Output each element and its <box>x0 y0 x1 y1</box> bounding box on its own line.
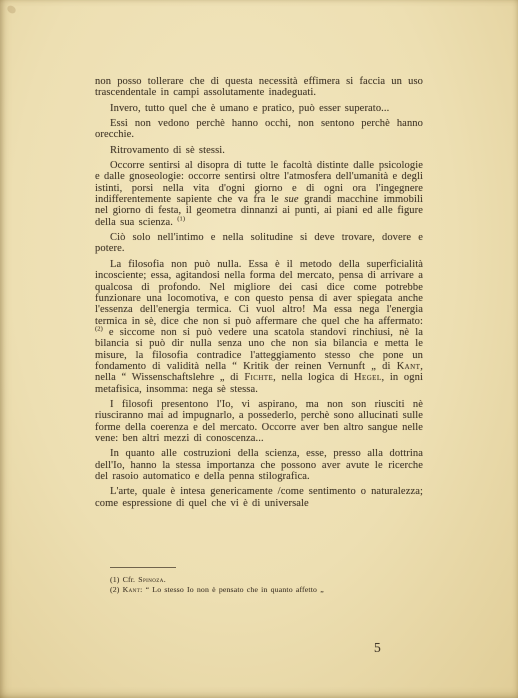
text-segment: (1) Cfr. <box>110 575 138 584</box>
text-segment: I filosofi presentono l'Io, vi aspirano,… <box>95 399 423 444</box>
text-segment: (1) <box>177 215 185 222</box>
text-segment: Kant <box>123 585 141 594</box>
page-number: 5 <box>374 640 381 656</box>
footnote: (2) Kant: “ Lo stesso Io non è pensato c… <box>110 585 425 595</box>
text-segment: (2) <box>95 325 103 332</box>
text-segment: L'arte, quale è intesa genericamente /co… <box>95 486 423 508</box>
paragraph: Essi non vedono perchè hanno occhi, non … <box>95 118 423 141</box>
text-segment: Invero, tutto quel che è umano e pratico… <box>110 103 389 114</box>
text-segment: e siccome non si può vedere una scatola … <box>95 327 423 372</box>
text-segment: Ritrovamento di sè stessi. <box>110 145 225 156</box>
paragraph: L'arte, quale è intesa genericamente /co… <box>95 486 423 509</box>
text-segment: . <box>164 575 166 584</box>
text-segment: Hegel <box>354 372 381 383</box>
paper-smudge <box>6 4 17 15</box>
text-segment: : “ Lo stesso Io non è pensato che in qu… <box>140 585 324 594</box>
book-page: non posso tollerare che di questa necess… <box>0 0 518 698</box>
paragraph: Ciò solo nell'intimo e nella solitudine … <box>95 232 423 255</box>
paragraph: Invero, tutto quel che è umano e pratico… <box>95 103 423 114</box>
text-segment: Ciò solo nell'intimo e nella solitudine … <box>95 232 423 254</box>
paragraph: Occorre sentirsi al disopra di tutte le … <box>95 160 423 228</box>
paragraph: non posso tollerare che di questa necess… <box>95 76 423 99</box>
text-segment: (2) <box>110 585 123 594</box>
paragraph: In quanto alle costruzioni della scienza… <box>95 448 423 482</box>
paragraph: La filosofia non può nulla. Essa è il me… <box>95 259 423 395</box>
text-segment: , nella logica di <box>273 372 354 383</box>
text-segment: Spinoza <box>138 575 163 584</box>
text-segment: La filosofia non può nulla. Essa è il me… <box>95 259 423 327</box>
text-segment: sue <box>284 194 298 205</box>
paragraph: Ritrovamento di sè stessi. <box>95 145 423 156</box>
text-segment: non posso tollerare che di questa necess… <box>95 76 423 98</box>
paragraph: I filosofi presentono l'Io, vi aspirano,… <box>95 399 423 444</box>
text-segment: In quanto alle costruzioni della scienza… <box>95 448 423 482</box>
footnote-divider <box>110 567 176 568</box>
text-segment: Kant <box>397 361 421 372</box>
text-segment: Fichte <box>244 372 273 383</box>
text-block: non posso tollerare che di questa necess… <box>95 76 423 513</box>
footnote: (1) Cfr. Spinoza. <box>110 575 425 585</box>
text-segment: Essi non vedono perchè hanno occhi, non … <box>95 118 423 140</box>
footnotes: (1) Cfr. Spinoza. (2) Kant: “ Lo stesso … <box>110 575 425 594</box>
